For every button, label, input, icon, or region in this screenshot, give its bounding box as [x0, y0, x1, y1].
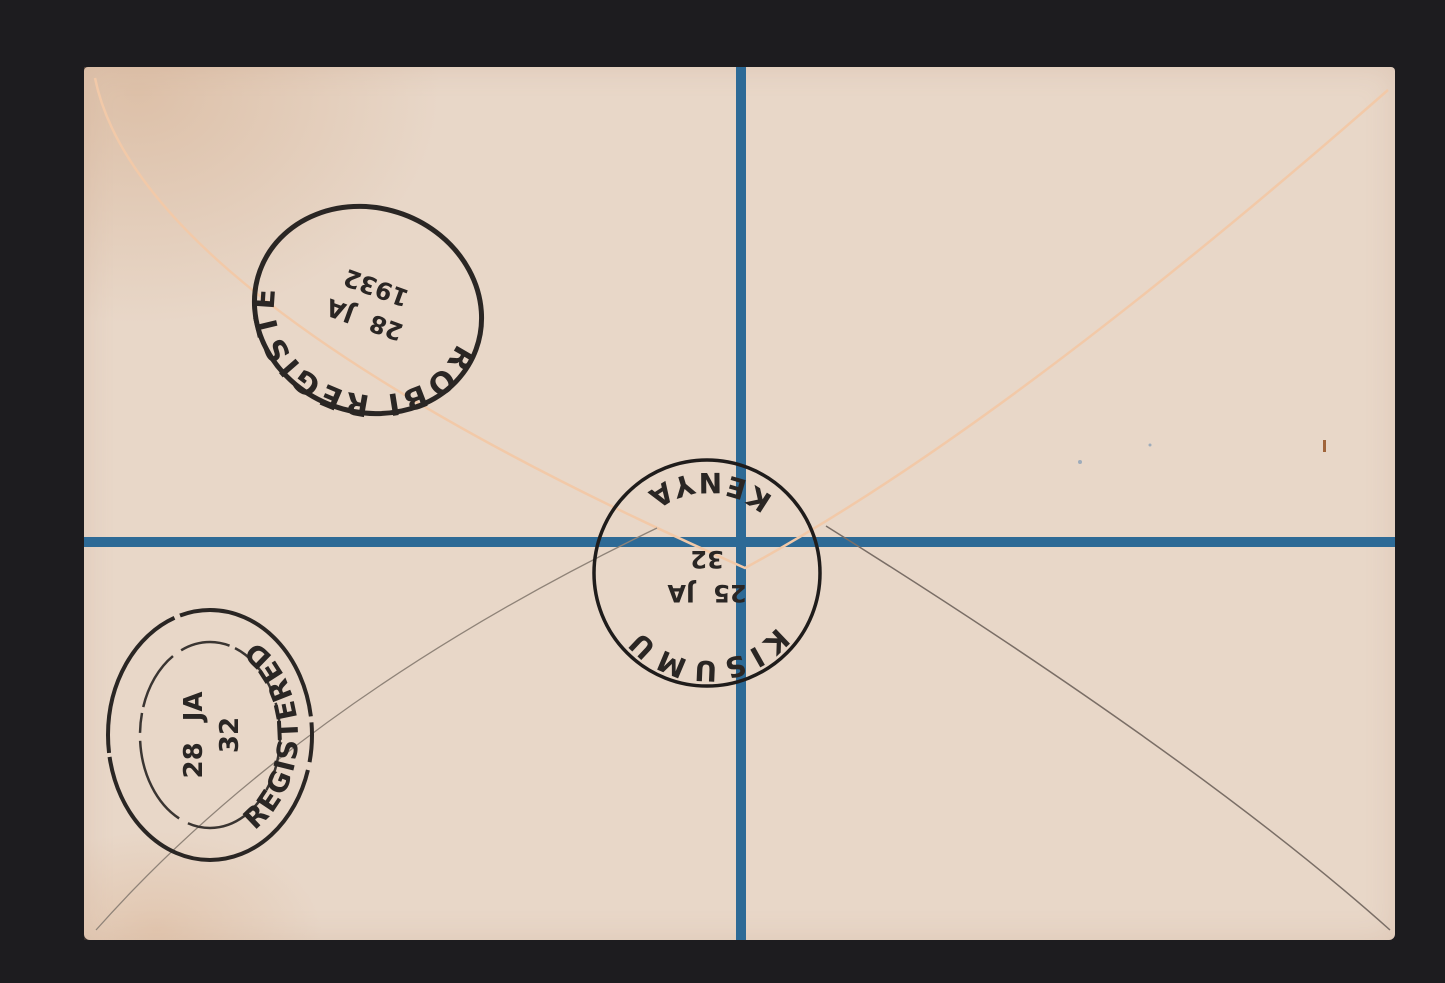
postmark-registered: REGISTERED 28 JA 32	[108, 610, 312, 860]
postmark-date-day: 25	[713, 579, 746, 607]
blue-speck	[1149, 444, 1152, 447]
postmark-date-month: JA	[179, 691, 209, 723]
postmark-ring-bottom: KENYA	[637, 466, 777, 519]
svg-text:KENYA: KENYA	[637, 466, 777, 519]
postmark-ring-top: KISUMU	[618, 622, 795, 687]
svg-text:25 JA: 25 JA	[667, 579, 747, 607]
svg-text:28 JA: 28 JA	[179, 691, 209, 778]
bottom-right-flap-edge	[826, 526, 1390, 930]
postmark-date-day: 28	[179, 742, 209, 778]
blue-speck	[1078, 460, 1082, 464]
rust-mark	[1323, 440, 1326, 452]
postmark-date-month: JA	[322, 293, 360, 330]
postmark-date-month: JA	[667, 579, 697, 607]
postmark-kisumu: KISUMU KENYA 25 JA 32	[594, 460, 820, 688]
svg-text:KISUMU: KISUMU	[618, 622, 795, 687]
envelope-markings: NAIROBI REGISTERED 28 JA 1932 KISUMU KEN…	[0, 0, 1445, 983]
registration-line-horizontal	[84, 537, 1395, 547]
postmark-date-day: 28	[366, 308, 407, 346]
postmark-nairobi: NAIROBI REGISTERED 28 JA 1932	[216, 173, 518, 457]
bottom-left-flap-edge	[96, 528, 657, 930]
postmark-date-year: 32	[690, 545, 723, 573]
postmark-date-year: 32	[215, 717, 245, 753]
